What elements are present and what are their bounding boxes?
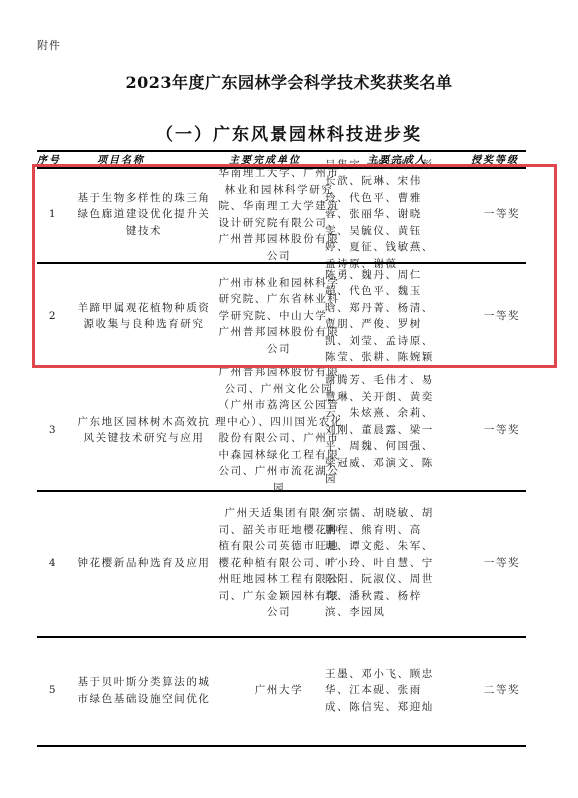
table-row: 1 基于生物多样性的珠三角绿色廊道建设优化提升关键技术 华南理工大学、广州市林业… bbox=[37, 167, 526, 262]
header-project-name: 项目名称 bbox=[97, 156, 145, 166]
row-organizations: 广州市林业和园林科学研究院、广东省林业科学研究院、中山大学、广州普邦园林股份有限… bbox=[215, 262, 343, 370]
row-members: 何宗儒、胡晓敏、胡鹏程、熊育明、高珊、谭文彪、朱军、叶小玲、叶自慧、宁阳阳、阮淑… bbox=[325, 490, 445, 636]
header-no: 序号 bbox=[37, 156, 61, 166]
row-project-name: 广东地区园林树木高效抗风关键技术研究与应用 bbox=[73, 370, 215, 490]
row-no: 5 bbox=[37, 636, 69, 745]
row-award-level: 一等奖 bbox=[467, 370, 537, 490]
row-project-name: 钟花樱新品种选育及应用 bbox=[73, 490, 215, 636]
section-title: （一）广东风景园林科技进步奖 bbox=[0, 120, 578, 145]
row-project-name: 羊蹄甲属观花植物种质资源收集与良种选育研究 bbox=[73, 262, 215, 370]
row-members: 谢腾芳、毛伟才、易慧琳、关开朗、黄奕云、朱炫熹、余莉、刘刚、董晨露、梁一平、周魏… bbox=[325, 370, 445, 490]
row-members: 陈勇、魏丹、周仁超、代色平、魏玉晗、郑丹菁、杨清、贾朋、严俊、罗树凯、刘莹、孟诗… bbox=[325, 262, 445, 370]
row-project-name: 基于生物多样性的珠三角绿色廊道建设优化提升关键技术 bbox=[73, 167, 215, 262]
table-row: 5 基于贝叶斯分类算法的城市绿色基础设施空间优化 广州大学 王墨、邓小飞、顾忠华… bbox=[37, 636, 526, 745]
row-project-name: 基于贝叶斯分类算法的城市绿色基础设施空间优化 bbox=[73, 636, 215, 745]
row-no: 1 bbox=[37, 167, 69, 262]
table-bottom-rule bbox=[37, 745, 526, 747]
table-row: 4 钟花樱新品种选育及应用 广州天适集团有限公司、韶关市旺地樱花种植有限公司英德… bbox=[37, 490, 526, 636]
row-award-level: 二等奖 bbox=[467, 636, 537, 745]
row-members: 吴隽宇、熊咏梅、彭长歆、阮琳、宋伟玲、代色平、曹雅蓉、张丽华、谢晓雯、吴毓仪、黄… bbox=[325, 167, 445, 262]
document-title: 2023年度广东园林学会科学技术奖获奖名单 bbox=[0, 70, 578, 93]
table-row: 2 羊蹄甲属观花植物种质资源收集与良种选育研究 广州市林业和园林科学研究院、广东… bbox=[37, 262, 526, 370]
row-organizations: 华南理工大学、广州市林业和园林科学研究院、华南理工大学建筑设计研究院有限公司、广… bbox=[215, 167, 343, 262]
row-award-level: 一等奖 bbox=[467, 262, 537, 370]
row-award-level: 一等奖 bbox=[467, 490, 537, 636]
row-organizations: 广州普邦园林股份有限公司、广州文化公园（广州市荔湾区公园管理中心）、四川国光农化… bbox=[215, 370, 343, 490]
header-award-level: 授奖等级 bbox=[471, 156, 519, 166]
row-no: 4 bbox=[37, 490, 69, 636]
row-no: 2 bbox=[37, 262, 69, 370]
table-row: 3 广东地区园林树木高效抗风关键技术研究与应用 广州普邦园林股份有限公司、广州文… bbox=[37, 370, 526, 490]
attachment-label: 附件 bbox=[37, 37, 61, 53]
row-organizations: 广州天适集团有限公司、韶关市旺地樱花种植有限公司英德市旺地樱花种植有限公司、广州… bbox=[215, 490, 343, 636]
row-organizations: 广州大学 bbox=[215, 636, 343, 745]
row-award-level: 一等奖 bbox=[467, 167, 537, 262]
row-no: 3 bbox=[37, 370, 69, 490]
row-members: 王墨、邓小飞、顾忠华、江本砚、张雨成、陈信宪、郑迎灿 bbox=[325, 636, 445, 745]
